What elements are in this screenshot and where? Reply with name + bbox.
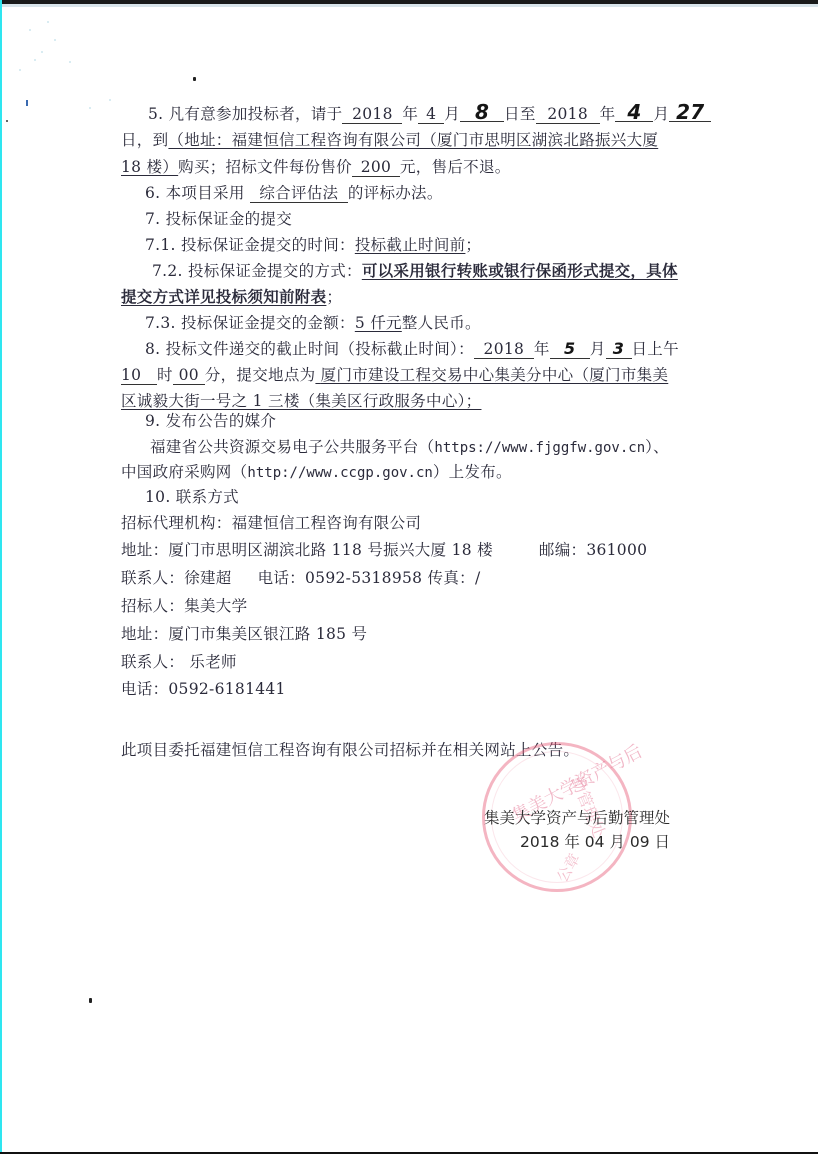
start-month-field: 4 (418, 105, 444, 124)
end-day-handwritten: 27 (669, 103, 711, 122)
deadline-day-handwritten: 3 (606, 340, 632, 359)
agency-address-line: 地址：厦门市思明区湖滨北路 118 号振兴大厦 18 楼邮编：361000 (121, 540, 647, 560)
ccgp-link[interactable]: http://www.ccgp.gov.cn (247, 465, 432, 481)
deadline-month-handwritten: 5 (550, 340, 590, 359)
start-day-handwritten: 8 (460, 103, 504, 122)
end-year-field: 2018 (536, 105, 600, 124)
scan-dot (89, 998, 92, 1003)
deadline-hour-field: 10 (121, 366, 157, 385)
section9-line2: 中国政府采购网（http://www.ccgp.gov.cn）上发布。 (121, 462, 512, 483)
tenderer-address: 地址：厦门市集美区银江路 185 号 (121, 624, 367, 644)
section7-item2-line2: 提交方式详见投标须知前附表； (121, 287, 342, 307)
price-field: 200 (352, 158, 400, 177)
section5-line3: 18 楼）购买；招标文件每份售价200元，售后不退。 (121, 157, 511, 177)
agency-address-underlined: （地址：福建恒信工程咨询有限公司（厦门市思明区湖滨北路振兴大厦 (168, 131, 658, 149)
section7-title: 7. 投标保证金的提交 (145, 209, 292, 229)
section10-title: 10. 联系方式 (145, 487, 239, 507)
section8-line2: 10时00分，提交地点为 厦门市建设工程交易中心集美分中心（厦门市集美 (121, 365, 668, 385)
section6-line: 6. 本项目采用 综合评估法的评标办法。 (145, 183, 443, 203)
scan-dot (193, 77, 196, 81)
agency-name: 招标代理机构：福建恒信工程咨询有限公司 (121, 513, 421, 533)
section5-line1: 5. 凡有意参加投标者，请于2018年4月8日至2018年4月27 (148, 103, 711, 124)
deposit-amount: 5 仟元 (355, 314, 402, 332)
section9-line1: 福建省公共资源交易电子公共服务平台（https://www.fjggfw.gov… (150, 437, 669, 458)
tenderer-contact: 联系人： 乐老师 (121, 652, 237, 672)
postcode: 邮编：361000 (539, 541, 647, 559)
agency-contact-line: 联系人：徐建超电话：0592-5318958 传真：/ (121, 568, 480, 588)
section8-line1: 8. 投标文件递交的截止时间（投标截止时间）：2018年5月3日上午 (145, 339, 679, 359)
section8-line3: 区诚毅大街一号之 1 三楼（集美区行政服务中心）； (121, 391, 481, 411)
section9-title: 9. 发布公告的媒介 (145, 411, 276, 431)
section7-item3: 7.3. 投标保证金提交的金额：5 仟元整人民币。 (145, 313, 481, 333)
deadline-minute-field: 00 (173, 366, 205, 385)
evaluation-method-field: 综合评估法 (250, 184, 348, 203)
section5-line2: 日，到（地址：福建恒信工程咨询有限公司（厦门市思明区湖滨北路振兴大厦 (121, 130, 658, 150)
deadline-year-field: 2018 (474, 340, 534, 359)
fjggfw-link[interactable]: https://www.fjggfw.gov.cn (434, 440, 645, 456)
section7-item1: 7.1. 投标保证金提交的时间：投标截止时间前； (145, 235, 481, 255)
tenderer-name: 招标人：集美大学 (121, 596, 247, 616)
submission-location: 厦门市建设工程交易中心集美分中心（厦门市集美 (315, 366, 668, 384)
issuer-org: 集美大学资产与后勤管理处 (484, 806, 670, 828)
section7-item2-line1: 7.2. 投标保证金提交的方式：可以采用银行转账或银行保函形式提交，具体 (152, 261, 678, 281)
end-month-handwritten: 4 (615, 103, 653, 122)
scan-top-edge-shadow (0, 4, 818, 7)
tenderer-phone: 电话：0592-6181441 (121, 679, 286, 699)
issue-date: 2018 年 04 月 09 日 (520, 830, 670, 852)
start-year-field: 2018 (342, 105, 402, 124)
scan-left-edge (0, 0, 2, 1154)
